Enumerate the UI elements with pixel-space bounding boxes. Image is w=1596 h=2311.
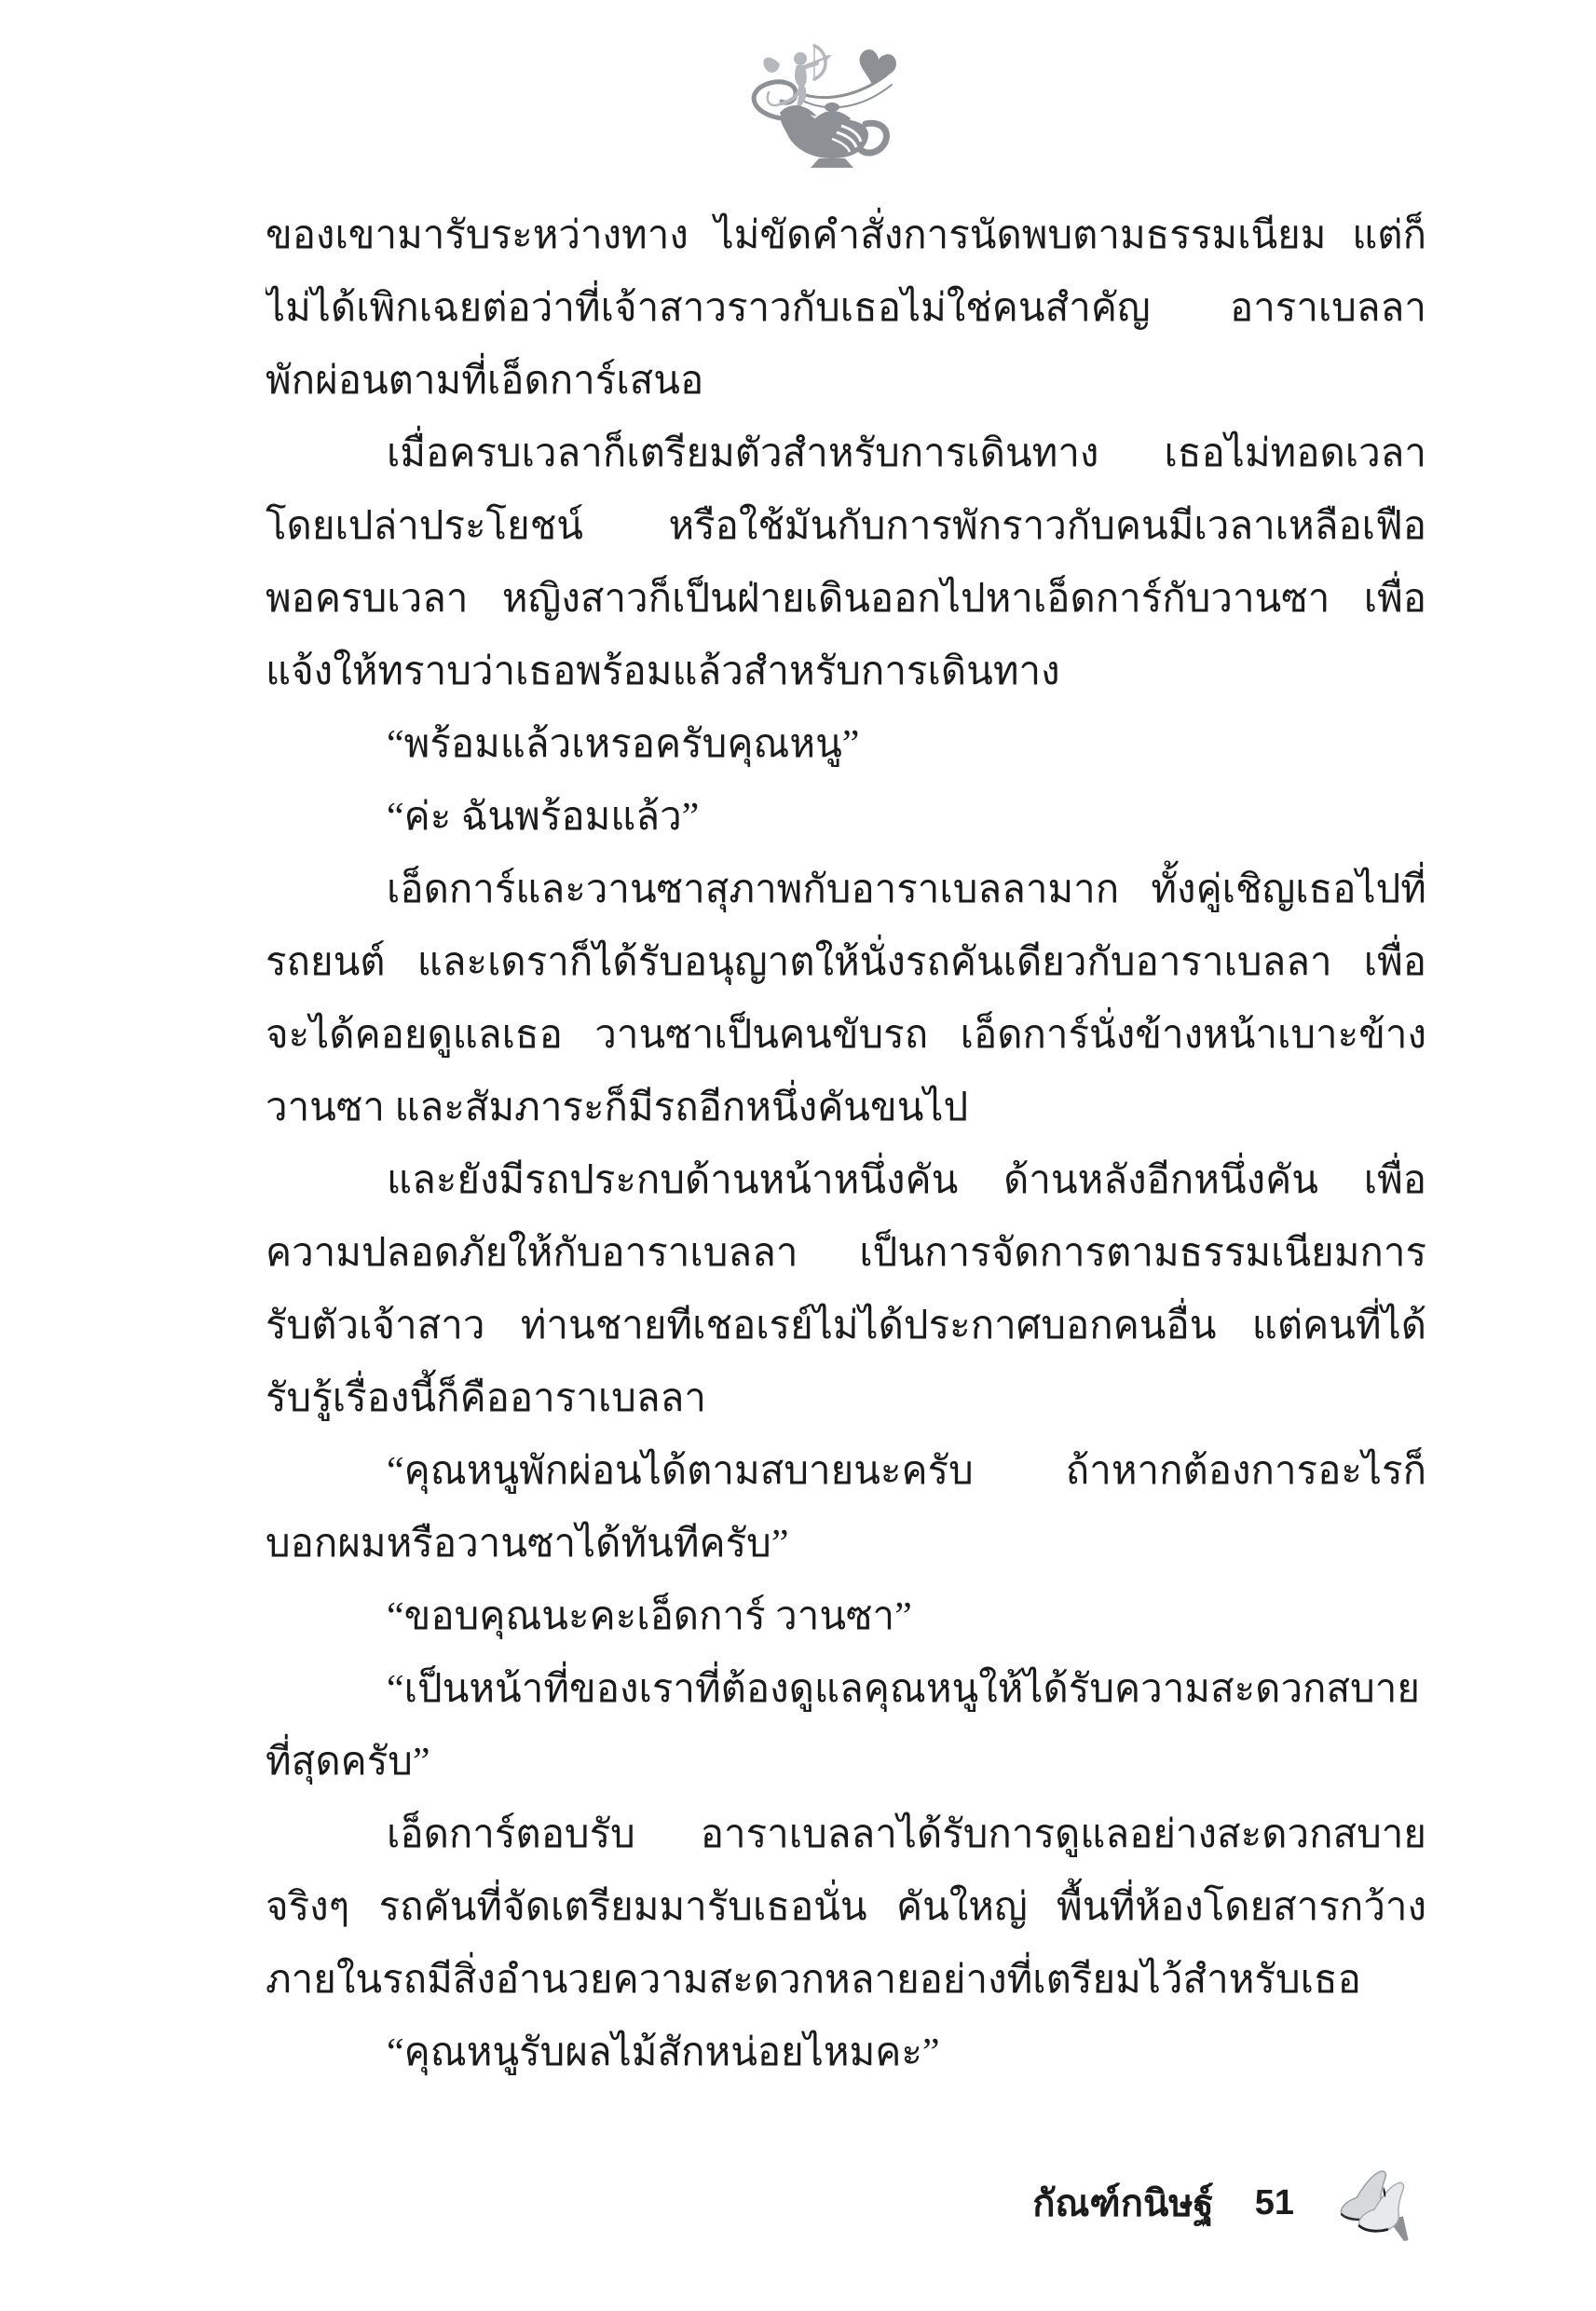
text-line: รับรู้เรื่องนี้ก็คืออาราเบลลา (266, 1362, 1426, 1435)
text-line: แจ้งให้ทราบว่าเธอพร้อมแล้วสำหรับการเดินท… (266, 636, 1426, 708)
text-line: “เป็นหน้าที่ของเราที่ต้องดูแลคุณหนูให้ได… (266, 1653, 1426, 1726)
text-line: “คุณหนูรับผลไม้สักหน่อยไหมคะ” (266, 2017, 1426, 2089)
page-text: ของเขามารับระหว่างทาง ไม่ขัดคำสั่งการนัด… (266, 199, 1426, 2089)
text-line: ภายในรถมีสิ่งอำนวยความสะดวกหลายอย่างที่เ… (266, 1944, 1426, 2017)
text-line: ของเขามารับระหว่างทาง ไม่ขัดคำสั่งการนัด… (266, 199, 1426, 272)
text-line: พอครบเวลา หญิงสาวก็เป็นฝ่ายเดินออกไปหาเอ… (266, 563, 1426, 636)
text-line: โดยเปล่าประโยชน์ หรือใช้มันกับการพักราวก… (266, 490, 1426, 563)
text-line: “คุณหนูพักผ่อนได้ตามสบายนะครับ ถ้าหากต้อ… (266, 1435, 1426, 1508)
text-line: รถยนต์ และเดราก็ได้รับอนุญาตให้นั่งรถคัน… (266, 926, 1426, 999)
high-heels-icon (1337, 2164, 1426, 2242)
text-line: “ค่ะ ฉันพร้อมแล้ว” (266, 781, 1426, 854)
page-footer: กัณฑ์กนิษฐ์ 51 (1032, 2164, 1426, 2242)
text-line: จะได้คอยดูแลเธอ วานซาเป็นคนขับรถ เอ็ดการ… (266, 999, 1426, 1072)
cupid-genie-lamp-ornament-icon (722, 43, 936, 175)
text-line: วานซา และสัมภาระก็มีรถอีกหนึ่งคันขนไป (266, 1072, 1426, 1144)
text-line: เมื่อครบเวลาก็เตรียมตัวสำหรับการเดินทาง … (266, 417, 1426, 490)
text-line: บอกผมหรือวานซาได้ทันทีครับ” (266, 1508, 1426, 1580)
text-line: รับตัวเจ้าสาว ท่านชายทีเชอเรย์ไม่ได้ประก… (266, 1290, 1426, 1362)
book-title: กัณฑ์กนิษฐ์ (1032, 2173, 1214, 2233)
text-line: ความปลอดภัยให้กับอาราเบลลา เป็นการจัดการ… (266, 1217, 1426, 1290)
text-line: และยังมีรถประกบด้านหน้าหนึ่งคัน ด้านหลัง… (266, 1144, 1426, 1217)
text-line: “พร้อมแล้วเหรอครับคุณหนู” (266, 708, 1426, 781)
book-page: ของเขามารับระหว่างทาง ไม่ขัดคำสั่งการนัด… (0, 0, 1596, 2311)
text-line: เอ็ดการ์และวานซาสุภาพกับอาราเบลลามาก ทั้… (266, 854, 1426, 926)
text-line: ที่สุดครับ” (266, 1726, 1426, 1798)
text-line: เอ็ดการ์ตอบรับ อาราเบลลาได้รับการดูแลอย่… (266, 1798, 1426, 1871)
text-line: พักผ่อนตามที่เอ็ดการ์เสนอ (266, 345, 1426, 417)
text-line: จริงๆ รถคันที่จัดเตรียมมารับเธอนั่น คันใ… (266, 1871, 1426, 1944)
text-line: ไม่ได้เพิกเฉยต่อว่าที่เจ้าสาวราวกับเธอไม… (266, 272, 1426, 345)
text-line: “ขอบคุณนะคะเอ็ดการ์ วานซา” (266, 1580, 1426, 1653)
page-number: 51 (1255, 2183, 1294, 2223)
